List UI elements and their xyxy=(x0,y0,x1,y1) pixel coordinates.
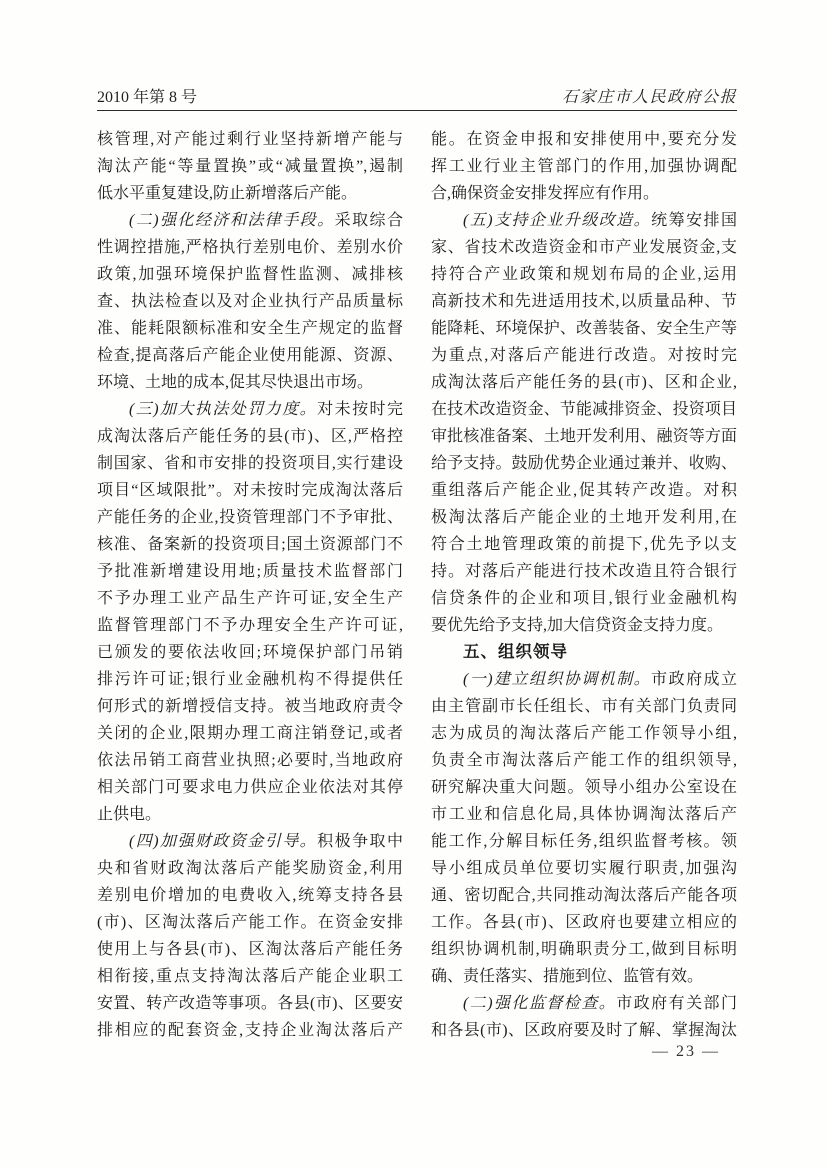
text-line: 能工作,分解目标任务,组织监督考核。领 xyxy=(431,828,737,855)
text-line: (四)加强财政资金引导。积极争取中 xyxy=(97,828,403,855)
text-segment: 相衔接,重点支持淘汰落后产能企业职工 xyxy=(97,968,403,985)
text-line: 成淘汰落后产能任务的县(市)、区和企业, xyxy=(431,369,737,396)
text-line: 给予支持。鼓励优势企业通过兼并、收购、 xyxy=(431,450,737,477)
text-line: (市)、区淘汰落后产能工作。在资金安排 xyxy=(97,909,403,936)
text-segment: 给予支持。鼓励优势企业通过兼并、收购、 xyxy=(431,455,737,472)
text-segment: 安置、转产改造等事项。各县(市)、区要安 xyxy=(97,995,403,1012)
text-segment: 信贷条件的企业和项目,银行业金融机构 xyxy=(431,590,737,607)
text-segment: 市政府有关部门 xyxy=(616,995,737,1012)
text-segment: 导小组成员单位要切实履行职责,加强沟 xyxy=(431,860,737,877)
text-segment: 要优先给予支持,加大信贷资金支持力度。 xyxy=(431,617,723,634)
text-segment: 排相应的配套资金,支持企业淘汰落后产 xyxy=(97,1022,403,1039)
text-line: 挥工业行业主管部门的作用,加强协调配 xyxy=(431,153,737,180)
text-segment: 在技术改造资金、节能减排资金、投资项目 xyxy=(431,401,737,418)
text-line: 在技术改造资金、节能减排资金、投资项目 xyxy=(431,396,737,423)
text-line: 使用上与各县(市)、区淘汰落后产能任务 xyxy=(97,936,403,963)
subsection-title: (二)强化监督检查。 xyxy=(463,995,616,1012)
text-line: 能。在资金申报和安排使用中,要充分发 xyxy=(431,126,737,153)
text-segment: 相关部门可要求电力供应企业依法对其停 xyxy=(97,779,403,796)
text-segment: 查、执法检查以及对企业执行产品质量标 xyxy=(97,293,403,310)
text-segment: 采取综合 xyxy=(335,212,403,229)
text-segment: 低水平重复建设,防止新增落后产能。 xyxy=(97,185,357,202)
text-line: 予批准新增建设用地;质量技术监督部门 xyxy=(97,558,403,585)
text-line: 持符合产业政策和规划布局的企业,运用 xyxy=(431,261,737,288)
text-line: 家、省技术改造资金和市产业发展资金,支 xyxy=(431,234,737,261)
text-segment: 已颁发的要依法收回;环境保护部门吊销 xyxy=(97,644,403,661)
text-line: 央和省财政淘汰落后产能奖励资金,利用 xyxy=(97,855,403,882)
text-segment: 依法吊销工商营业执照;必要时,当地政府 xyxy=(97,752,403,769)
text-segment: 极淘汰落后产能企业的土地开发利用,在 xyxy=(431,509,737,526)
text-segment: 予批准新增建设用地;质量技术监督部门 xyxy=(97,563,403,580)
text-segment: 检查,提高落后产能企业使用能源、资源、 xyxy=(97,347,403,364)
left-column: 核管理,对产能过剩行业坚持新增产能与淘汰产能“等量置换”或“减量置换”,遏制低水… xyxy=(97,126,403,1044)
text-line: 环境、土地的成本,促其尽快退出市场。 xyxy=(97,369,403,396)
page-header: 2010 年第 8 号 石家庄市人民政府公报 xyxy=(97,88,737,108)
text-segment: 五、组织领导 xyxy=(463,643,568,661)
section-heading: 五、组织领导 xyxy=(431,639,737,666)
text-segment: 核准、备案新的投资项目;国土资源部门不 xyxy=(97,536,403,553)
text-line: 排污许可证;银行业金融机构不得提供任 xyxy=(97,666,403,693)
text-segment: 市政府成立 xyxy=(651,671,737,688)
article-body: 核管理,对产能过剩行业坚持新增产能与淘汰产能“等量置换”或“减量置换”,遏制低水… xyxy=(97,126,737,1044)
text-segment: 能降耗、环境保护、改善装备、安全生产等 xyxy=(431,320,737,337)
text-line: 检查,提高落后产能企业使用能源、资源、 xyxy=(97,342,403,369)
text-line: 工作。各县(市)、区政府也要建立相应的 xyxy=(431,909,737,936)
text-segment: 政策,加强环境保护监督性监测、减排核 xyxy=(97,266,403,283)
text-segment: 不予办理工业产品生产许可证,安全生产 xyxy=(97,590,403,607)
text-segment: 成淘汰落后产能任务的县(市)、区,严格控 xyxy=(97,428,403,445)
page-number: — 23 — xyxy=(652,1041,720,1063)
text-line: 低水平重复建设,防止新增落后产能。 xyxy=(97,180,403,207)
text-segment: 持符合产业政策和规划布局的企业,运用 xyxy=(431,266,737,283)
text-line: 相衔接,重点支持淘汰落后产能企业职工 xyxy=(97,963,403,990)
text-segment: 成淘汰落后产能任务的县(市)、区和企业, xyxy=(431,374,737,391)
subsection-title: (三)加大执法处罚力度。 xyxy=(129,401,317,418)
text-line: 为重点,对落后产能进行改造。对按时完 xyxy=(431,342,737,369)
issue-number: 2010 年第 8 号 xyxy=(97,88,197,108)
text-segment: 市工业和信息化局,具体协调淘汰落后产 xyxy=(431,806,737,823)
text-line: 能降耗、环境保护、改善装备、安全生产等 xyxy=(431,315,737,342)
text-line: 核管理,对产能过剩行业坚持新增产能与 xyxy=(97,126,403,153)
text-line: 极淘汰落后产能企业的土地开发利用,在 xyxy=(431,504,737,531)
text-line: 差别电价增加的电费收入,统筹支持各县 xyxy=(97,882,403,909)
text-segment: 重组落后产能企业,促其转产改造。对积 xyxy=(431,482,737,499)
text-segment: 志为成员的淘汰落后产能工作领导小组, xyxy=(431,725,737,742)
text-line: 志为成员的淘汰落后产能工作领导小组, xyxy=(431,720,737,747)
text-segment: 工作。各县(市)、区政府也要建立相应的 xyxy=(431,914,737,931)
text-line: 相关部门可要求电力供应企业依法对其停 xyxy=(97,774,403,801)
text-line: (一)建立组织协调机制。市政府成立 xyxy=(431,666,737,693)
text-line: 已颁发的要依法收回;环境保护部门吊销 xyxy=(97,639,403,666)
text-segment: 能工作,分解目标任务,组织监督考核。领 xyxy=(431,833,737,850)
text-segment: 统筹安排国 xyxy=(651,212,737,229)
text-line: 性调控措施,严格执行差别电价、差别水价 xyxy=(97,234,403,261)
subsection-title: (四)加强财政资金引导。 xyxy=(129,833,317,850)
text-segment: 止供电。 xyxy=(97,806,161,823)
text-segment: 产能任务的企业,投资管理部门不予审批、 xyxy=(97,509,403,526)
text-line: (五)支持企业升级改造。统筹安排国 xyxy=(431,207,737,234)
text-line: 依法吊销工商营业执照;必要时,当地政府 xyxy=(97,747,403,774)
text-line: 成淘汰落后产能任务的县(市)、区,严格控 xyxy=(97,423,403,450)
text-line: 安置、转产改造等事项。各县(市)、区要安 xyxy=(97,990,403,1017)
text-segment: 确、责任落实、措施到位、监管有效。 xyxy=(431,968,703,985)
text-line: 符合土地管理政策的前提下,优先予以支 xyxy=(431,531,737,558)
text-segment: 为重点,对落后产能进行改造。对按时完 xyxy=(431,347,737,364)
right-column: 能。在资金申报和安排使用中,要充分发挥工业行业主管部门的作用,加强协调配合,确保… xyxy=(431,126,737,1044)
text-segment: 性调控措施,严格执行差别电价、差别水价 xyxy=(97,239,403,256)
text-line: (二)强化监督检查。市政府有关部门 xyxy=(431,990,737,1017)
text-line: 监督管理部门不予办理安全生产许可证, xyxy=(97,612,403,639)
text-segment: 符合土地管理政策的前提下,优先予以支 xyxy=(431,536,737,553)
text-line: 核准、备案新的投资项目;国土资源部门不 xyxy=(97,531,403,558)
text-line: 要优先给予支持,加大信贷资金支持力度。 xyxy=(431,612,737,639)
text-segment: 研究解决重大问题。领导小组办公室设在 xyxy=(431,779,737,796)
text-line: (二)强化经济和法律手段。采取综合 xyxy=(97,207,403,234)
text-segment: 和各县(市)、区政府要及时了解、掌握淘汰 xyxy=(431,1022,737,1039)
text-segment: 组织协调机制,明确职责分工,做到目标明 xyxy=(431,941,737,958)
text-line: 持。对落后产能进行技术改造且符合银行 xyxy=(431,558,737,585)
text-line: 合,确保资金安排发挥应有作用。 xyxy=(431,180,737,207)
text-line: 查、执法检查以及对企业执行产品质量标 xyxy=(97,288,403,315)
text-segment: (市)、区淘汰落后产能工作。在资金安排 xyxy=(97,914,403,931)
text-line: 淘汰产能“等量置换”或“减量置换”,遏制 xyxy=(97,153,403,180)
text-segment: 核管理,对产能过剩行业坚持新增产能与 xyxy=(97,131,403,148)
text-line: 审批核准备案、土地开发利用、融资等方面 xyxy=(431,423,737,450)
text-line: 和各县(市)、区政府要及时了解、掌握淘汰 xyxy=(431,1017,737,1044)
subsection-title: (一)建立组织协调机制。 xyxy=(463,671,651,688)
text-segment: 央和省财政淘汰落后产能奖励资金,利用 xyxy=(97,860,403,877)
text-segment: 制国家、省和市安排的投资项目,实行建设 xyxy=(97,455,403,472)
text-line: 由主管副市长任组长、市有关部门负责同 xyxy=(431,693,737,720)
text-segment: 淘汰产能“等量置换”或“减量置换”,遏制 xyxy=(97,158,403,175)
text-line: 高新技术和先进适用技术,以质量品种、节 xyxy=(431,288,737,315)
text-line: 研究解决重大问题。领导小组办公室设在 xyxy=(431,774,737,801)
text-line: 确、责任落实、措施到位、监管有效。 xyxy=(431,963,737,990)
gazette-title: 石家庄市人民政府公报 xyxy=(562,88,737,108)
text-line: 准、能耗限额标准和安全生产规定的监督 xyxy=(97,315,403,342)
text-segment: 家、省技术改造资金和市产业发展资金,支 xyxy=(431,239,737,256)
text-segment: 项目“区域限批”。对未按时完成淘汰落后 xyxy=(97,482,403,499)
text-line: 何形式的新增授信支持。被当地政府责令 xyxy=(97,693,403,720)
text-segment: 监督管理部门不予办理安全生产许可证, xyxy=(97,617,403,634)
text-segment: 使用上与各县(市)、区淘汰落后产能任务 xyxy=(97,941,403,958)
text-line: 排相应的配套资金,支持企业淘汰落后产 xyxy=(97,1017,403,1044)
subsection-title: (五)支持企业升级改造。 xyxy=(463,212,651,229)
text-line: 制国家、省和市安排的投资项目,实行建设 xyxy=(97,450,403,477)
text-line: 项目“区域限批”。对未按时完成淘汰落后 xyxy=(97,477,403,504)
text-segment: 审批核准备案、土地开发利用、融资等方面 xyxy=(431,428,737,445)
subsection-title: (二)强化经济和法律手段。 xyxy=(129,212,335,229)
text-line: (三)加大执法处罚力度。对未按时完 xyxy=(97,396,403,423)
text-line: 止供电。 xyxy=(97,801,403,828)
text-line: 产能任务的企业,投资管理部门不予审批、 xyxy=(97,504,403,531)
text-line: 关闭的企业,限期办理工商注销登记,或者 xyxy=(97,720,403,747)
text-line: 市工业和信息化局,具体协调淘汰落后产 xyxy=(431,801,737,828)
text-line: 导小组成员单位要切实履行职责,加强沟 xyxy=(431,855,737,882)
text-segment: 通、密切配合,共同推动淘汰落后产能各项 xyxy=(431,887,737,904)
text-segment: 关闭的企业,限期办理工商注销登记,或者 xyxy=(97,725,403,742)
text-line: 不予办理工业产品生产许可证,安全生产 xyxy=(97,585,403,612)
text-segment: 持。对落后产能进行技术改造且符合银行 xyxy=(431,563,737,580)
text-segment: 由主管副市长任组长、市有关部门负责同 xyxy=(431,698,737,715)
header-rule xyxy=(97,110,737,111)
text-segment: 挥工业行业主管部门的作用,加强协调配 xyxy=(431,158,737,175)
text-line: 信贷条件的企业和项目,银行业金融机构 xyxy=(431,585,737,612)
text-segment: 准、能耗限额标准和安全生产规定的监督 xyxy=(97,320,403,337)
text-segment: 能。在资金申报和安排使用中,要充分发 xyxy=(431,131,737,148)
text-line: 通、密切配合,共同推动淘汰落后产能各项 xyxy=(431,882,737,909)
text-line: 政策,加强环境保护监督性监测、减排核 xyxy=(97,261,403,288)
text-line: 负责全市淘汰落后产能工作的组织领导, xyxy=(431,747,737,774)
text-segment: 高新技术和先进适用技术,以质量品种、节 xyxy=(431,293,737,310)
text-segment: 对未按时完 xyxy=(317,401,403,418)
text-line: 组织协调机制,明确职责分工,做到目标明 xyxy=(431,936,737,963)
gazette-page: 2010 年第 8 号 石家庄市人民政府公报 核管理,对产能过剩行业坚持新增产能… xyxy=(0,0,826,1169)
text-line: 重组落后产能企业,促其转产改造。对积 xyxy=(431,477,737,504)
text-segment: 合,确保资金安排发挥应有作用。 xyxy=(431,185,659,202)
text-segment: 环境、土地的成本,促其尽快退出市场。 xyxy=(97,374,373,391)
text-segment: 排污许可证;银行业金融机构不得提供任 xyxy=(97,671,403,688)
text-segment: 何形式的新增授信支持。被当地政府责令 xyxy=(97,698,403,715)
text-segment: 差别电价增加的电费收入,统筹支持各县 xyxy=(97,887,403,904)
text-segment: 积极争取中 xyxy=(317,833,403,850)
text-segment: 负责全市淘汰落后产能工作的组织领导, xyxy=(431,752,737,769)
